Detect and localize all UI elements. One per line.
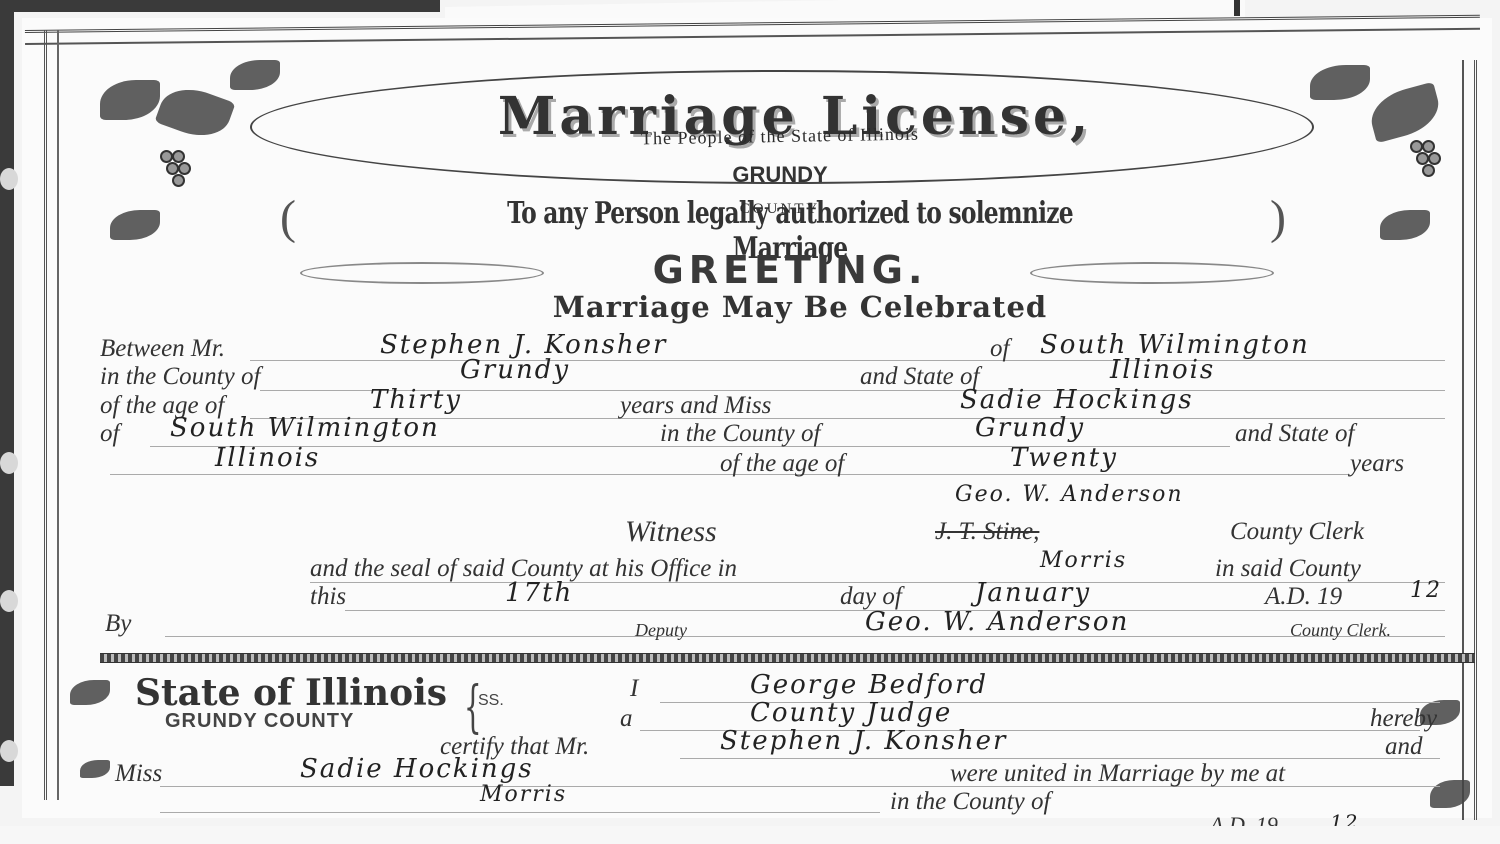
section-divider bbox=[100, 653, 1475, 663]
swirl-ornament bbox=[300, 262, 544, 284]
i-label: I bbox=[630, 675, 638, 703]
may-be-celebrated-heading: Marriage May Be Celebrated bbox=[420, 290, 1180, 324]
certificate-county-of-label: in the County of bbox=[890, 788, 1050, 816]
between-mr-label: Between Mr. bbox=[100, 335, 225, 363]
form-line bbox=[165, 636, 1445, 637]
bride-state-label: and State of bbox=[1235, 420, 1354, 448]
swirl-ornament bbox=[1030, 262, 1274, 284]
groom-state: Illinois bbox=[1110, 355, 1215, 385]
clerk-signature-replacement: Geo. W. Anderson bbox=[955, 482, 1184, 507]
a-label: a bbox=[620, 705, 633, 733]
ss-label: SS. bbox=[478, 692, 504, 710]
in-said-county-label: in said County bbox=[1215, 555, 1361, 583]
scan-edge-bottom bbox=[0, 826, 1500, 844]
bride-name: Sadie Hockings bbox=[960, 385, 1194, 415]
hereby-label: hereby bbox=[1370, 705, 1437, 733]
year-value: 12 bbox=[1410, 578, 1442, 603]
bride-age: Twenty bbox=[1010, 443, 1118, 473]
greeting-heading: GREETING. bbox=[560, 248, 1020, 292]
clerk-printed-struck: J. T. Stine, bbox=[935, 518, 1039, 546]
scan-edge-top bbox=[0, 0, 440, 12]
bride-county-label: in the County of bbox=[660, 420, 820, 448]
county-label: COUNTY bbox=[700, 201, 860, 218]
bride-residence: South Wilmington bbox=[170, 413, 440, 443]
bride-county: Grundy bbox=[975, 413, 1085, 443]
paren-ornament-right: ) bbox=[1270, 190, 1286, 245]
border-left-branch bbox=[44, 30, 59, 800]
clerk-signature: Geo. W. Anderson bbox=[865, 607, 1129, 637]
ad-label: A.D. 19 bbox=[1265, 583, 1342, 611]
deputy-label: Deputy bbox=[635, 620, 687, 641]
witness-label: Witness bbox=[625, 515, 717, 549]
bride-age-label: of the age of bbox=[720, 450, 844, 478]
united-label: were united in Marriage by me at bbox=[950, 760, 1285, 788]
county-clerk-label: County Clerk bbox=[1230, 518, 1364, 546]
officiant-title: County Judge bbox=[750, 698, 952, 728]
office-city: Morris bbox=[1040, 548, 1127, 573]
years-label: years bbox=[1350, 450, 1404, 478]
form-line bbox=[680, 758, 1440, 759]
groom-age: Thirty bbox=[370, 385, 462, 415]
officiant-name: George Bedford bbox=[750, 670, 988, 700]
groom-county: Grundy bbox=[460, 355, 570, 385]
scan-edge-left bbox=[0, 0, 14, 786]
certificate-state: State of Illinois bbox=[135, 672, 447, 714]
paren-ornament-left: ( bbox=[280, 190, 296, 245]
marriage-place: Morris bbox=[480, 782, 567, 807]
bride-state: Illinois bbox=[215, 443, 320, 473]
and-label: and bbox=[1385, 733, 1423, 761]
day-value: 17th bbox=[505, 578, 573, 608]
this-label: this bbox=[310, 583, 346, 611]
form-line bbox=[250, 360, 1445, 361]
scan-edge-mark bbox=[1234, 0, 1240, 16]
month-value: January bbox=[975, 578, 1091, 608]
county-of-label: in the County of bbox=[100, 363, 260, 391]
certificate-county: GRUNDY COUNTY bbox=[165, 710, 354, 733]
grapevine-corner-top-right-icon bbox=[1270, 50, 1480, 250]
county-name: GRUNDY bbox=[680, 162, 880, 188]
certificate-bride-name: Sadie Hockings bbox=[300, 754, 534, 784]
form-line bbox=[160, 812, 880, 813]
certificate-groom-name: Stephen J. Konsher bbox=[720, 726, 1007, 756]
county-clerk-footer: County Clerk. bbox=[1290, 620, 1391, 641]
by-label: By bbox=[105, 610, 131, 638]
of-label: of bbox=[990, 335, 1009, 363]
years-and-miss-label: years and Miss bbox=[620, 392, 771, 420]
miss-label: Miss bbox=[115, 760, 162, 788]
bride-of-label: of bbox=[100, 420, 119, 448]
